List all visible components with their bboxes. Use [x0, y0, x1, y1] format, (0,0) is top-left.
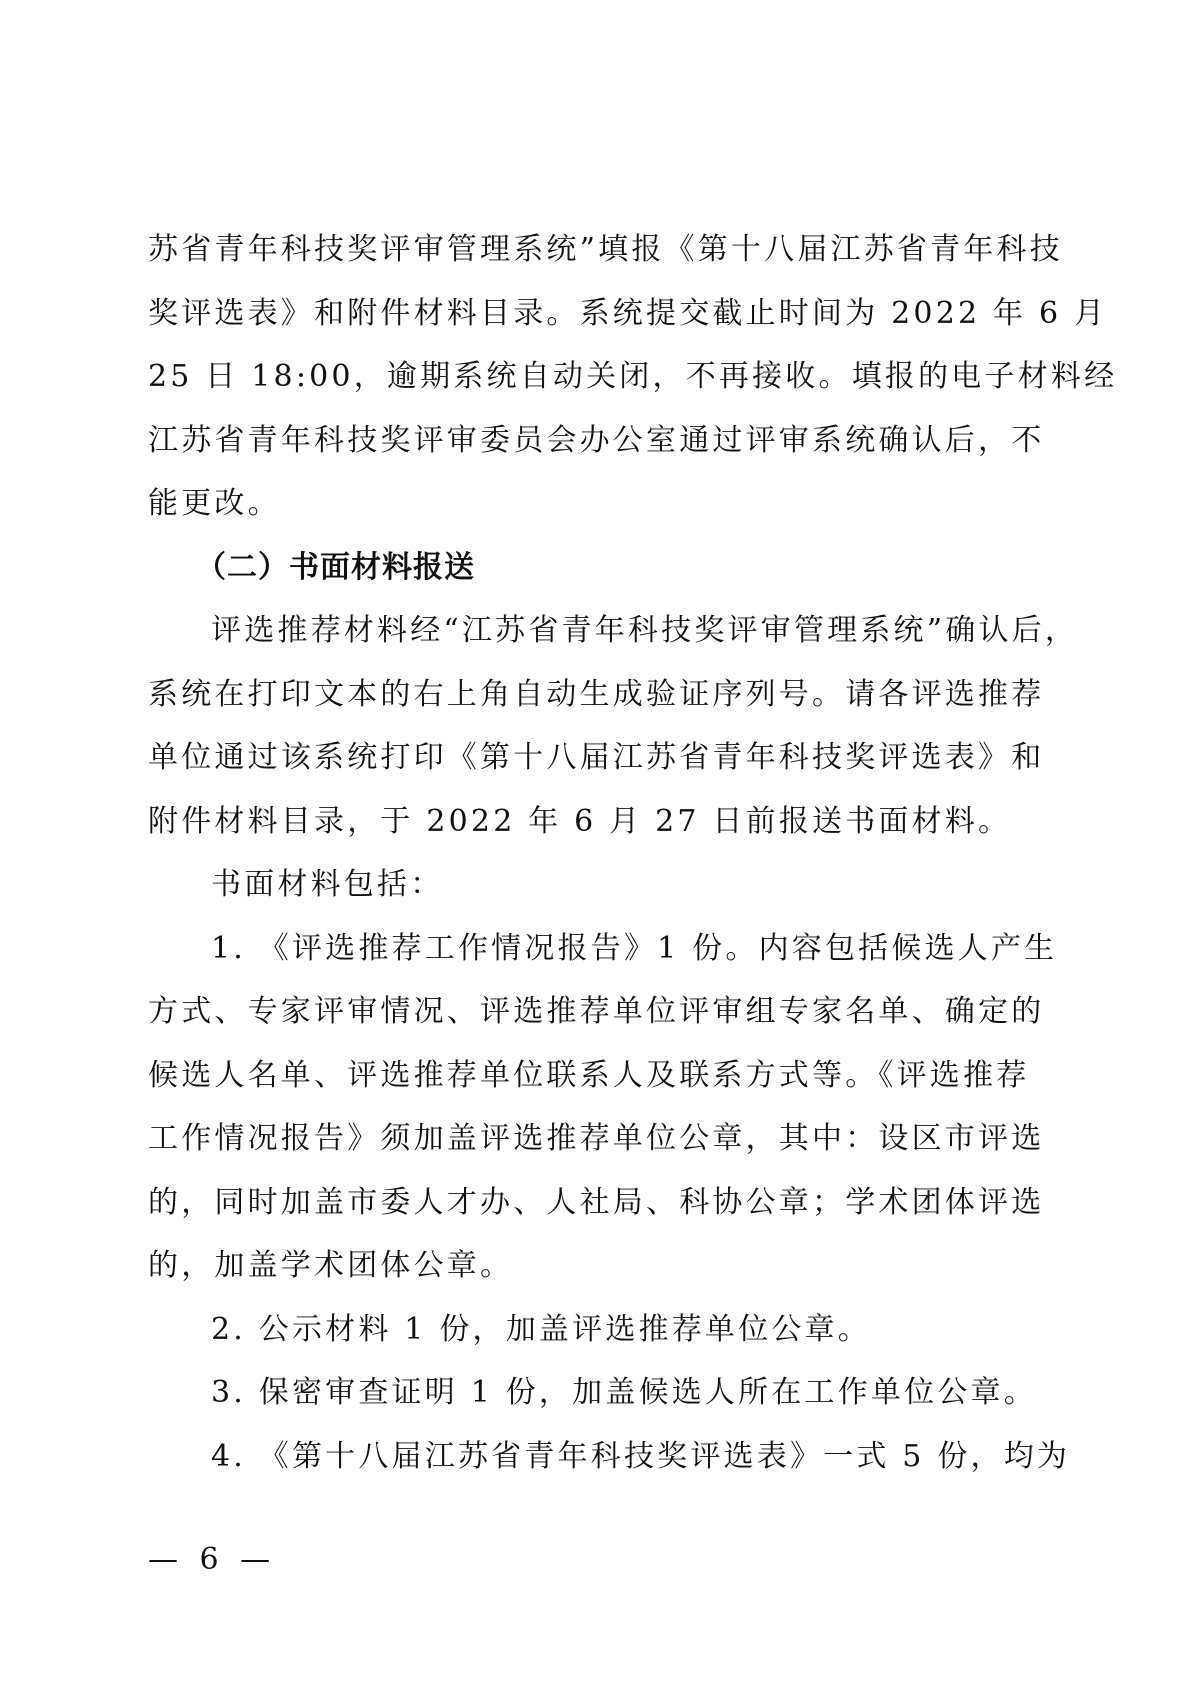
paragraph-line: 苏省青年科技奖评审管理系统”填报《第十八届江苏省青年科技 [148, 218, 1028, 282]
section-heading: （二）书面材料报送 [148, 536, 1028, 600]
paragraph-line: 系统在打印文本的右上角自动生成验证序列号。请各评选推荐 [148, 663, 1028, 727]
paragraph-line: 能更改。 [148, 472, 1028, 536]
list-item-1: 1. 《评选推荐工作情况报告》1 份。内容包括候选人产生 [148, 917, 1028, 981]
paragraph-line: 工作情况报告》须加盖评选推荐单位公章，其中：设区市评选 [148, 1107, 1028, 1171]
paragraph-line: 评选推荐材料经“江苏省青年科技奖评审管理系统”确认后， [148, 599, 1028, 663]
paragraph-line: 方式、专家评审情况、评选推荐单位评审组专家名单、确定的 [148, 980, 1028, 1044]
paragraph-line: 25 日 18:00，逾期系统自动关闭，不再接收。填报的电子材料经 [148, 345, 1028, 409]
list-item-3: 3. 保密审查证明 1 份，加盖候选人所在工作单位公章。 [148, 1361, 1028, 1425]
paragraph-line: 附件材料目录，于 2022 年 6 月 27 日前报送书面材料。 [148, 790, 1028, 854]
paragraph-line: 书面材料包括： [148, 853, 1028, 917]
document-page: 苏省青年科技奖评审管理系统”填报《第十八届江苏省青年科技 奖评选表》和附件材料目… [0, 0, 1199, 1696]
paragraph-line: 的，加盖学术团体公章。 [148, 1234, 1028, 1298]
paragraph-line: 奖评选表》和附件材料目录。系统提交截止时间为 2022 年 6 月 [148, 282, 1028, 346]
document-body: 苏省青年科技奖评审管理系统”填报《第十八届江苏省青年科技 奖评选表》和附件材料目… [148, 218, 1028, 1488]
paragraph-line: 单位通过该系统打印《第十八届江苏省青年科技奖评选表》和 [148, 726, 1028, 790]
paragraph-line: 江苏省青年科技奖评审委员会办公室通过评审系统确认后，不 [148, 409, 1028, 473]
paragraph-line: 的，同时加盖市委人才办、人社局、科协公章；学术团体评选 [148, 1171, 1028, 1235]
list-item-4: 4. 《第十八届江苏省青年科技奖评选表》一式 5 份，均为 [148, 1425, 1028, 1489]
paragraph-line: 候选人名单、评选推荐单位联系人及联系方式等。《评选推荐 [148, 1044, 1028, 1108]
list-item-2: 2. 公示材料 1 份，加盖评选推荐单位公章。 [148, 1298, 1028, 1362]
page-number: — 6 — [148, 1530, 276, 1590]
